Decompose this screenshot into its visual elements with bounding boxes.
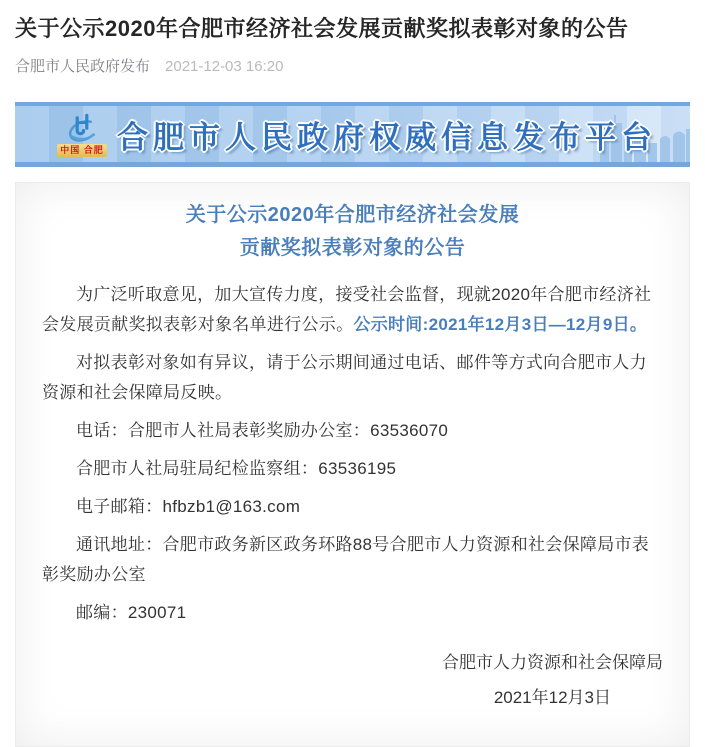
contact-zip-line: 邮编：230071 (42, 598, 663, 628)
logo-badge-label: 中国 合肥 (57, 144, 107, 157)
banner-title: 合肥市人民政府权威信息发布平台 (117, 112, 657, 157)
announcement-title: 关于公示2020年合肥市经济社会发展 贡献奖拟表彰对象的公告 (42, 199, 663, 265)
paragraph-intro: 为广泛听取意见，加大宣传力度，接受社会监督，现就2020年合肥市经济社会发展贡献… (42, 280, 663, 340)
page-title: 关于公示2020年合肥市经济社会发展贡献奖拟表彰对象的公告 (15, 0, 690, 44)
signature-date: 2021年12月3日 (42, 683, 663, 713)
publisher-name: 合肥市人民政府发布 (15, 58, 150, 76)
contact-discipline-line: 合肥市人社局驻局纪检监察组：63536195 (42, 454, 663, 484)
article-page: 关于公示2020年合肥市经济社会发展贡献奖拟表彰对象的公告 合肥市人民政府发布 … (0, 0, 705, 747)
announcement-title-line1: 关于公示2020年合肥市经济社会发展 (42, 199, 663, 232)
signature-block: 合肥市人力资源和社会保障局 2021年12月3日 (42, 648, 663, 713)
publish-timestamp: 2021-12-03 16:20 (165, 58, 283, 76)
announcement-body: 关于公示2020年合肥市经济社会发展 贡献奖拟表彰对象的公告 为广泛听取意见，加… (15, 182, 690, 747)
paragraph-objection: 对拟表彰对象如有异议，请于公示期间通过电话、邮件等方式向合肥市人力资源和社会保障… (42, 348, 663, 408)
publicity-period-highlight: 公示时间:2021年12月3日—12月9日。 (353, 315, 647, 334)
hefei-logo-icon (62, 112, 102, 146)
contact-address-line: 通讯地址：合肥市政务新区政务环路88号合肥市人力资源和社会保障局市表彰奖励办公室 (42, 530, 663, 590)
hefei-government-logo: 中国 合肥 (53, 112, 111, 157)
contact-phone-line: 电话：合肥市人社局表彰奖励办公室：63536070 (42, 416, 663, 446)
byline: 合肥市人民政府发布 2021-12-03 16:20 (15, 58, 690, 76)
government-platform-banner[interactable]: 中国 合肥 合肥市人民政府权威信息发布平台 (15, 102, 690, 167)
contact-email-line: 电子邮箱：hfbzb1@163.com (42, 492, 663, 522)
signature-issuer: 合肥市人力资源和社会保障局 (42, 648, 663, 678)
announcement-title-line2: 贡献奖拟表彰对象的公告 (42, 232, 663, 265)
